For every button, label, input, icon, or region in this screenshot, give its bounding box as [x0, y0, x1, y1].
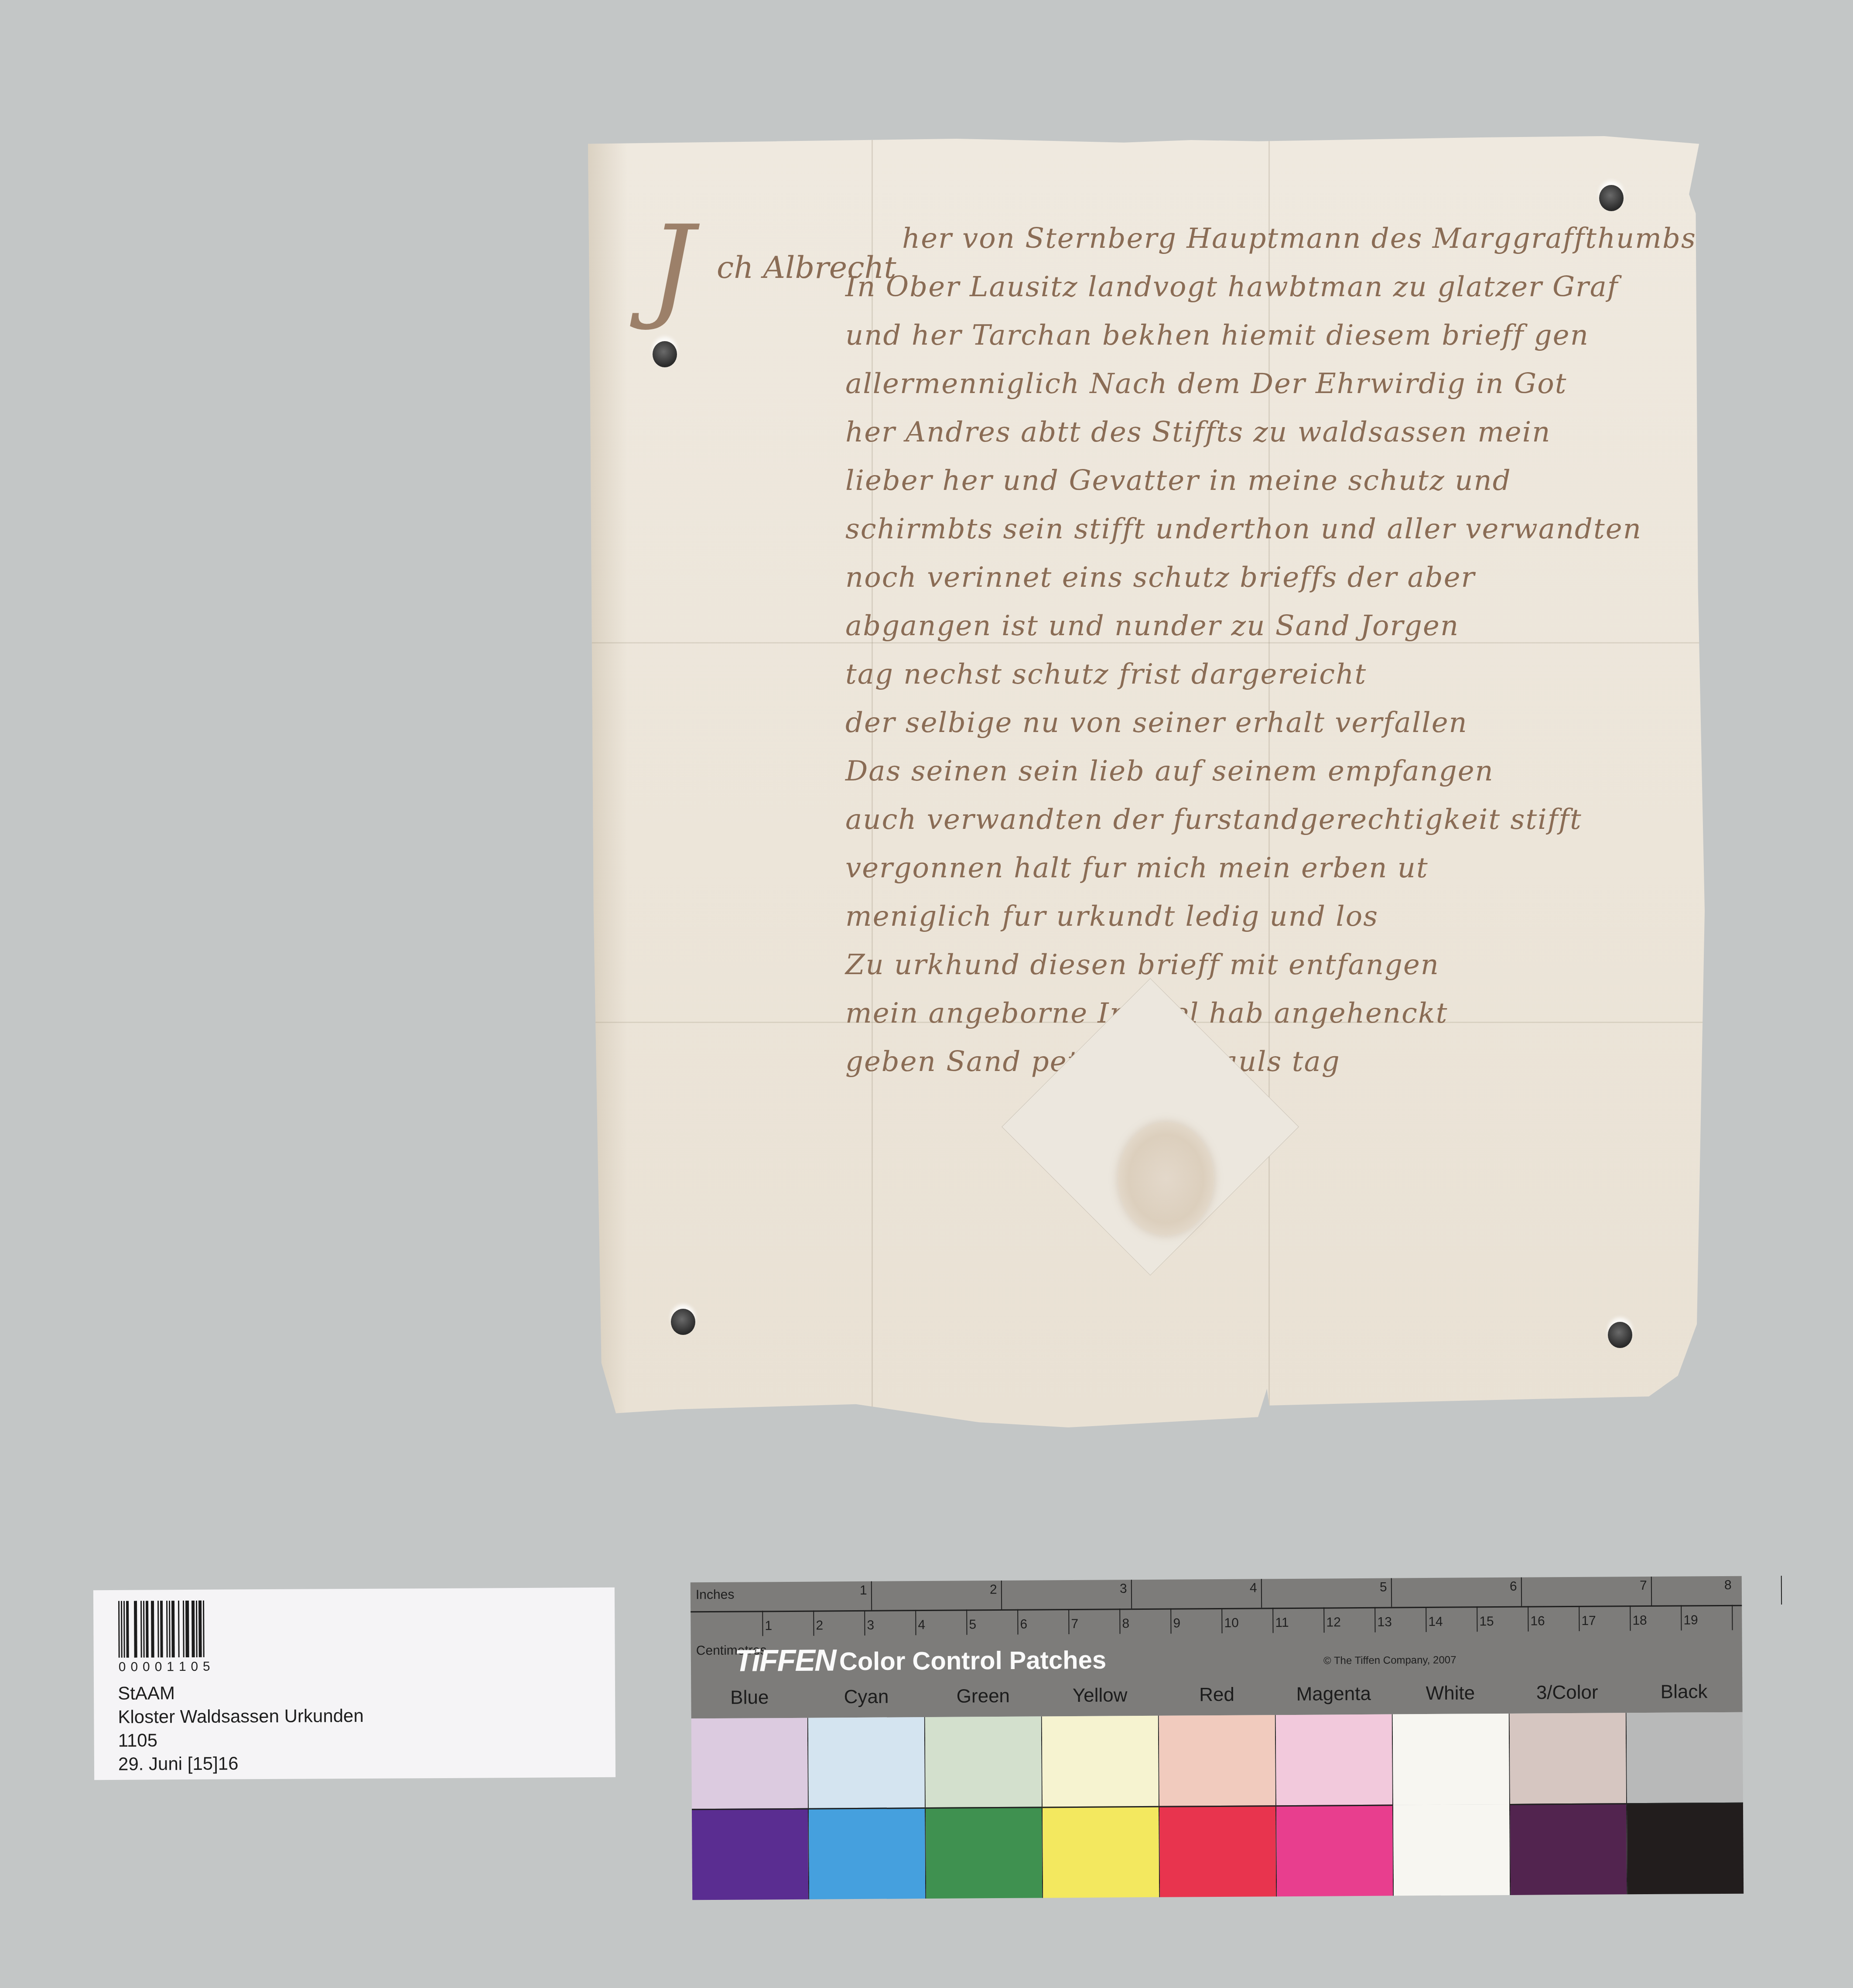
text-line: In Ober Lausitz landvogt hawbtman zu gla… — [845, 263, 1674, 311]
inch-tick-label: 6 — [1510, 1579, 1517, 1594]
text-line: mein angeborne Insigel hab angehenckt — [845, 989, 1674, 1038]
patch-name: Red — [1158, 1683, 1275, 1711]
patch-yellow — [1042, 1716, 1160, 1898]
decorated-initial: J — [649, 202, 694, 333]
barcode — [118, 1601, 208, 1658]
color-control-chart: Inches 1 2 3 4 5 6 7 8 1 2 3 4 5 6 7 8 9… — [691, 1576, 1744, 1900]
tiffen-logo: TiFFEN — [735, 1642, 836, 1678]
cm-tick-label: 6 — [1020, 1617, 1027, 1632]
cm-tick-label: 13 — [1377, 1615, 1392, 1630]
barcode-digit: 0 — [119, 1660, 126, 1675]
patch-green — [925, 1716, 1043, 1899]
patch-name: Green — [925, 1685, 1042, 1712]
patch-name: Black — [1625, 1681, 1742, 1708]
barcode-number: 0 0 0 0 1 1 0 5 — [119, 1660, 210, 1675]
inch-tick-label: 2 — [990, 1582, 997, 1597]
wax-seal — [1118, 1122, 1214, 1235]
cm-tick-label: 14 — [1428, 1615, 1443, 1629]
cm-tick-label: 17 — [1581, 1614, 1596, 1629]
archive-name: StAAM — [118, 1680, 364, 1705]
text-line: allermenniglich Nach dem Der Ehrwirdig i… — [845, 360, 1674, 408]
cm-tick-label: 5 — [969, 1617, 976, 1632]
copyright-text: © The Tiffen Company, 2007 — [1323, 1654, 1456, 1667]
cm-tick-label: 12 — [1326, 1615, 1341, 1630]
text-line: geben Sand peters und pauls tag — [845, 1038, 1674, 1086]
cm-tick-label: 16 — [1530, 1614, 1545, 1629]
text-line: her Andres abtt des Stiffts zu waldsasse… — [845, 408, 1674, 457]
text-line: und her Tarchan bekhen hiemit diesem bri… — [845, 311, 1674, 360]
text-line: Das seinen sein lieb auf seinem empfange… — [845, 747, 1674, 796]
chart-title: Color Control Patches — [839, 1646, 1107, 1677]
inch-tick-label: 8 — [1724, 1578, 1732, 1593]
margin-stain — [588, 136, 627, 1427]
inch-tick-label: 3 — [1120, 1581, 1127, 1596]
patch-red — [1159, 1715, 1277, 1897]
cm-tick-label: 3 — [867, 1618, 874, 1633]
color-patches — [691, 1712, 1744, 1900]
inch-tick-label: 7 — [1640, 1578, 1647, 1593]
cm-tick-label: 15 — [1479, 1614, 1494, 1629]
patch-cyan — [808, 1717, 926, 1899]
text-line: tag nechst schutz frist dargereicht — [845, 650, 1674, 699]
text-line: Zu urkhund diesen brieff mit entfangen — [845, 941, 1674, 989]
text-line: noch verinnet eins schutz brieffs der ab… — [845, 554, 1674, 602]
barcode-digit: 0 — [143, 1660, 150, 1674]
patch-name: White — [1392, 1682, 1509, 1709]
patch-magenta — [1276, 1714, 1394, 1897]
text-line: abgangen ist und nunder zu Sand Jorgen — [845, 602, 1674, 650]
patch-names: Blue Cyan Green Yellow Red Magenta White… — [691, 1681, 1742, 1714]
inch-tick-label: 1 — [860, 1583, 867, 1598]
collection-name: Kloster Waldsassen Urkunden — [118, 1704, 364, 1729]
ruler-line — [691, 1605, 1742, 1613]
text-line: auch verwandten der furstandgerechtigkei… — [845, 796, 1674, 844]
text-line: her von Sternberg Hauptmann des Marggraf… — [902, 215, 1674, 263]
patch-name: Yellow — [1042, 1684, 1159, 1711]
mounting-pin-icon — [653, 341, 677, 367]
barcode-digit: 0 — [130, 1660, 138, 1675]
cm-tick-label: 4 — [918, 1618, 925, 1632]
patch-blue — [691, 1718, 810, 1900]
mounting-pin-icon — [1599, 185, 1624, 211]
manuscript-text: her von Sternberg Hauptmann des Marggraf… — [845, 215, 1674, 1086]
cm-tick-label: 19 — [1683, 1613, 1698, 1628]
patch-name: Magenta — [1275, 1683, 1392, 1710]
chart-header: Inches 1 2 3 4 5 6 7 8 1 2 3 4 5 6 7 8 9… — [691, 1576, 1743, 1719]
inch-tick-label: 5 — [1380, 1580, 1387, 1595]
cm-tick-label: 8 — [1122, 1616, 1129, 1631]
cm-tick-label: 10 — [1224, 1616, 1239, 1631]
text-line: vergonnen halt fur mich mein erben ut — [845, 844, 1674, 893]
barcode-digit: 1 — [167, 1660, 174, 1674]
inches-label: Inches — [696, 1588, 735, 1603]
barcode-digit: 0 — [155, 1660, 162, 1674]
patch-name: Cyan — [808, 1686, 925, 1713]
text-line: der selbige nu von seiner erhalt verfall… — [845, 699, 1674, 747]
cm-tick-label: 7 — [1071, 1617, 1078, 1632]
text-line: lieber her und Gevatter in meine schutz … — [845, 457, 1674, 505]
barcode-digit: 0 — [191, 1660, 198, 1674]
patch-name: 3/Color — [1509, 1681, 1626, 1708]
cm-tick-label: 11 — [1275, 1615, 1289, 1630]
patch-name: Blue — [691, 1687, 808, 1714]
cm-tick-label: 1 — [765, 1618, 772, 1633]
manuscript-sheet: J ch Albrecht her von Sternberg Hauptman… — [588, 136, 1705, 1427]
patch-black — [1627, 1712, 1744, 1895]
patch-white — [1393, 1714, 1511, 1896]
patch-3color — [1510, 1713, 1628, 1895]
cm-tick-label: 18 — [1632, 1613, 1647, 1628]
archive-label: 0 0 0 0 1 1 0 5 StAAM Kloster Waldsassen… — [93, 1588, 615, 1780]
label-text: StAAM Kloster Waldsassen Urkunden 1105 2… — [118, 1680, 364, 1776]
barcode-digit: 1 — [179, 1660, 186, 1674]
text-line: schirmbts sein stifft underthon und alle… — [845, 505, 1674, 554]
mounting-pin-icon — [671, 1309, 695, 1335]
mounting-pin-icon — [1608, 1322, 1632, 1348]
inch-tick-label: 4 — [1250, 1581, 1257, 1595]
text-line: meniglich fur urkundt ledig und los — [845, 893, 1674, 941]
barcode-digit: 5 — [203, 1660, 210, 1674]
cm-tick-label: 2 — [816, 1618, 823, 1633]
cm-tick-label: 9 — [1173, 1616, 1180, 1631]
document-number: 1105 — [118, 1728, 364, 1752]
document-date: 29. Juni [15]16 — [118, 1751, 364, 1776]
